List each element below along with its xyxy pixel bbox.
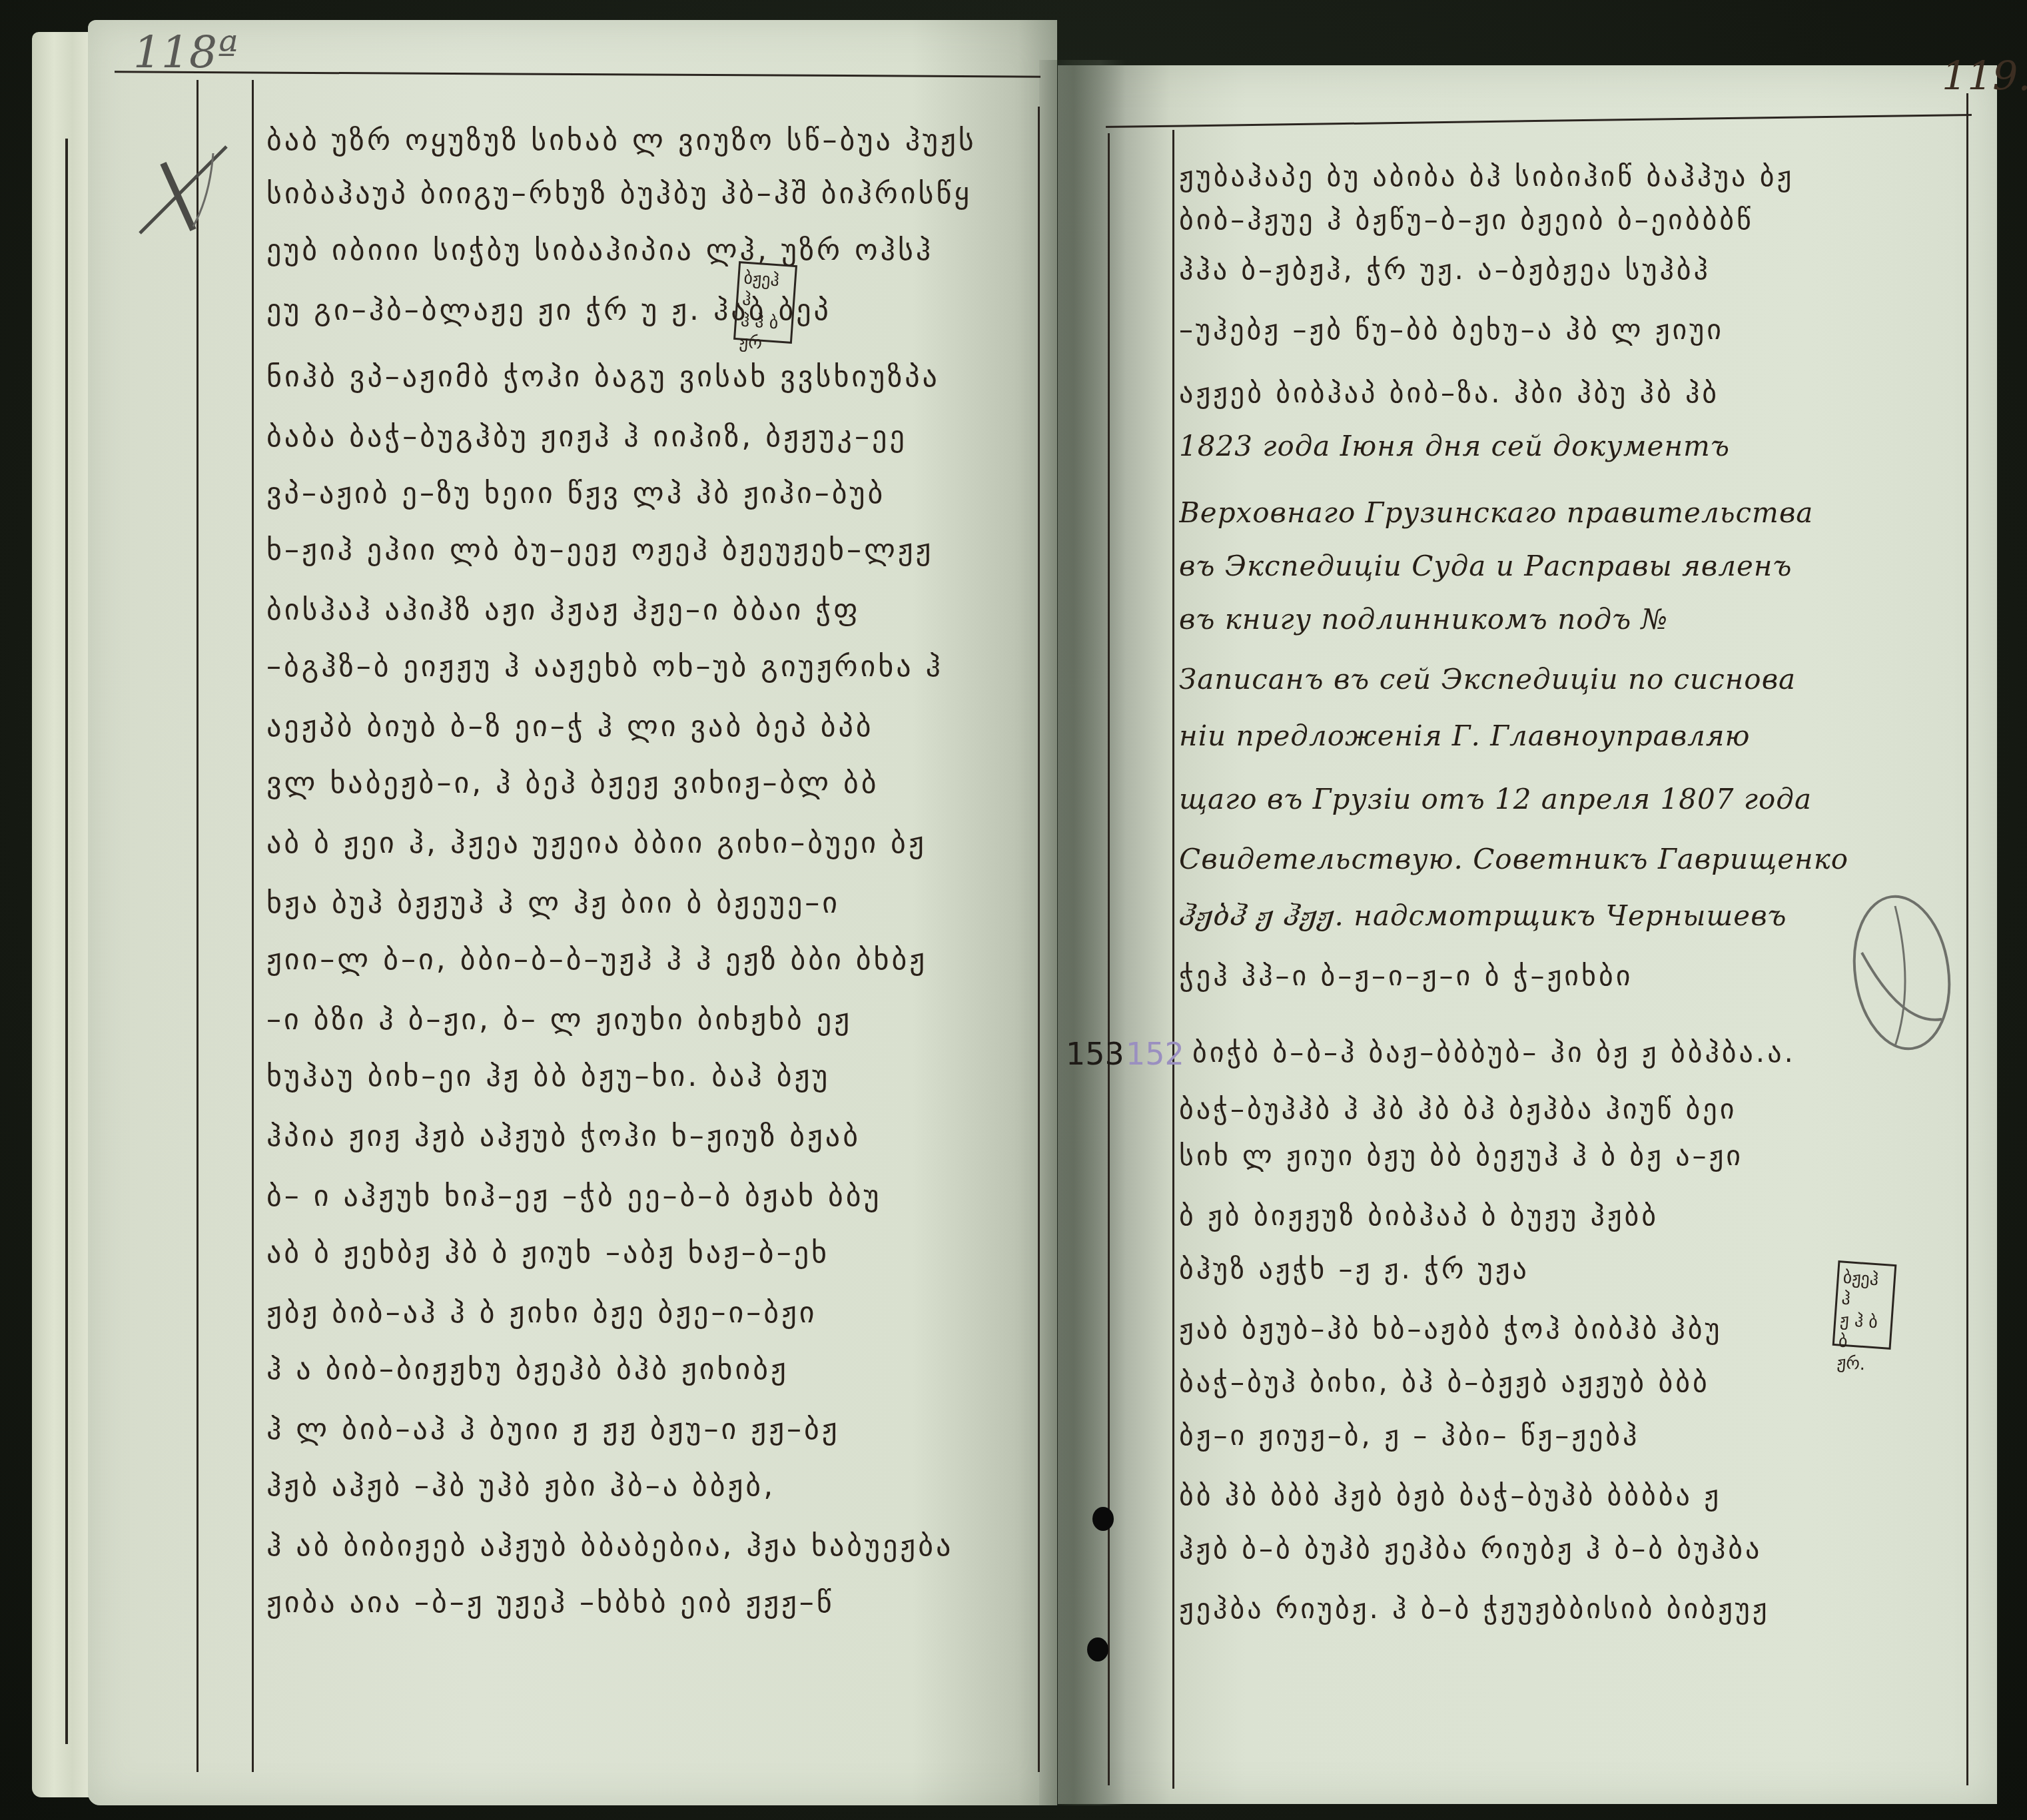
text-line: ჰ აბ ბიბიჟებ აჰჟუბ ბბაბებია, ჰჟა ხაბუეჟბ… bbox=[266, 1529, 1046, 1563]
text-line: ბ– ი აჰჟუხ ხიჰ–ეჟ –ჭბ ეე–ბ–ბ ბჟახ ბბუ bbox=[266, 1179, 1046, 1213]
box-line: ჰ ჰ ბ bbox=[740, 310, 788, 335]
box-line: ბჟეჰ ჰ bbox=[1840, 1267, 1890, 1313]
text-line: ეუ გი–ჰბ–ბლაჟე ჟი ჭრ უ ჟ. ჰაბ ბეპ bbox=[266, 293, 1046, 327]
boxed-annotation-left: ბჟეჰ ჰ ჰ ჰ ბ ჟრ bbox=[733, 261, 797, 344]
text-line: ჰპია ჟიჟ ჰჟბ აჰჟუბ ჭოჰი ხ–ჟიუზ ბჟაბ bbox=[266, 1119, 1046, 1153]
text-line: აჟჟებ ბიბჰაპ ბიბ–ზა. ჰბი ჰბუ ჰბ ჰბ bbox=[1179, 376, 1972, 409]
left-margin-rule-inner bbox=[252, 80, 254, 1772]
box-line: ჟრ bbox=[739, 331, 787, 356]
text-line: ბაბ უზრ ოყუზუზ სიხაბ ლ ვიუზო სწ–ბუა ჰუჟს bbox=[266, 123, 1046, 157]
right-outer-rule bbox=[1966, 93, 1968, 1785]
text-line-russian: 1823 года Іюня дня сей документъ bbox=[1179, 430, 1972, 462]
text-line: აბ ბ ჟეხბჟ ჰბ ბ ჟიუხ –აბჟ ხაჟ–ბ–ეხ bbox=[266, 1236, 1046, 1270]
text-line: ჰჟბ აჰჟბ –ჰბ უჰბ ჟბი ჰბ–ა ბბჟბ, bbox=[266, 1469, 1046, 1503]
pencil-circle-mark bbox=[1848, 893, 1962, 1059]
text-line: ბაჭ–ბუჰჰბ ჰ ჰბ ჰბ ბჰ ბჟჰბა ჰიუწ ბეი bbox=[1179, 1093, 1972, 1125]
text-line-russian: Записанъ въ сей Экспедиціи по сиснова bbox=[1179, 663, 1972, 695]
text-line: ეუბ იბიიი სიჭბუ სიბაჰიპია ლჰ, უზრ ოჰსჰ bbox=[266, 233, 1046, 267]
stack-rule-line bbox=[65, 139, 68, 1744]
folio-number-left: 118ª bbox=[133, 27, 238, 78]
text-line: აბ ბ ჟეი ჰ, ჰჟეა უჟეია ბბიი გიხი–ბუეი ბჟ bbox=[266, 826, 1046, 860]
right-margin-rule-outer bbox=[1108, 133, 1110, 1785]
text-line: ბიბ–ჰჟუე ჰ ბჟწუ–ბ–ჟი ბჟეიბ ბ–ეიბბბწ bbox=[1179, 203, 1972, 236]
text-line-russian: щаго въ Грузіи отъ 12 апреля 1807 года bbox=[1179, 783, 1972, 815]
text-line-russian: въ книгу подлинникомъ подъ № bbox=[1179, 603, 1972, 636]
text-line: ჟეჰბა რიუბჟ. ჰ ბ–ბ ჭჟუჟბბისიბ ბიბჟუჟ bbox=[1179, 1592, 1972, 1625]
left-margin-rule-outer bbox=[197, 80, 199, 1772]
text-line: –ბგჰზ–ბ ეიჟჟუ ჰ ააჟეხბ ოხ–უბ გიუჟრიხა ჰ bbox=[266, 650, 1046, 683]
gutter-fold bbox=[1039, 60, 1126, 1805]
text-line-russian: Свидетельствую. Советникъ Гаврищенко bbox=[1179, 843, 1972, 875]
text-line: ჟუბაჰაპე ბუ აბიბა ბჰ სიბიჰიწ ბაჰჰუა ბჟ bbox=[1179, 160, 1972, 193]
box-line: ჟრ. bbox=[1836, 1352, 1884, 1376]
text-line: ხჟა ბუჰ ბჟჟუჰ ჰ ლ ჰჟ ბიი ბ ბჟეუე–ი bbox=[266, 886, 1046, 920]
text-line: ბ ჟბ ბიჟჟუზ ბიბჰაპ ბ ბუჟუ ჰჟბბ bbox=[1179, 1199, 1972, 1232]
text-line: ჰჰა ბ–ჟბჟჰ, ჭრ უჟ. ა–ბჟბჟეა სუჰბჰ bbox=[1179, 253, 1972, 286]
margin-number-old: 153 bbox=[1066, 1036, 1124, 1072]
text-line-russian: ніи предложенія Г. Главноуправляю bbox=[1179, 719, 1972, 752]
left-right-rule bbox=[1038, 107, 1040, 1772]
text-line: ვლ ხაბეჟბ–ი, ჰ ბეჰ ბჟეჟ ვიხიჟ–ბლ ბბ bbox=[266, 766, 1046, 800]
text-line: ჰ ლ ბიბ–აჰ ჰ ბუიი ჟ ჟჟ ბჟუ–ი ჟჟ–ბჟ bbox=[266, 1412, 1046, 1446]
binding-hole bbox=[1087, 1637, 1108, 1661]
text-line: ვპ–აჟიბ ე–ზუ ხეიი წჟვ ლჰ ჰბ ჟიჰი–ბუბ bbox=[266, 476, 1046, 510]
text-line: ჟიბა აია –ბ–ჟ უჟეჰ –ხბხბ ეიბ ჟჟჟ–წ bbox=[266, 1586, 1046, 1619]
text-line: სიბაჰაუპ ბიიგუ–რხუზ ბუჰბუ ჰბ–ჰშ ბიჰრისწყ bbox=[266, 177, 1046, 211]
text-line: ჟიი–ლ ბ–ი, ბბი–ბ–ბ–უჟჰ ჰ ჰ ეჟზ ბბი ბხბჟ bbox=[266, 943, 1046, 977]
text-line: ბბ ჰბ ბბბ ჰჟბ ბჟბ ბაჭ–ბუჰბ ბბბბა ჟ bbox=[1179, 1479, 1972, 1512]
text-line-russian: въ Экспедиціи Суда и Расправы явленъ bbox=[1179, 550, 1972, 582]
margin-number-new: 152 bbox=[1126, 1036, 1184, 1072]
binding-hole bbox=[1092, 1507, 1114, 1531]
text-line: ხუჰაუ ბიხ–ეი ჰჟ ბბ ბჟუ–ხი. ბაჰ ბჟუ bbox=[266, 1059, 1046, 1093]
text-line: ჟბჟ ბიბ–აჰ ჰ ბ ჟიხი ბჟე ბჟე–ი–ბჟი bbox=[266, 1296, 1046, 1330]
right-margin-rule-inner bbox=[1172, 130, 1174, 1789]
text-line: ბჟ–ი ჟიუჟ–ბ, ჟ – ჰბი– წჟ–ჟებჰ bbox=[1179, 1419, 1972, 1452]
text-line: ჰჟბ ბ–ბ ბუჰბ ჟეჰბა რიუბჟ ჰ ბ–ბ ბუჰბა bbox=[1179, 1532, 1972, 1565]
boxed-annotation-right: ბჟეჰ ჰ ჟ ჰ ბ ბ ჟრ. bbox=[1832, 1260, 1897, 1350]
text-line: –ი ბზი ჰ ბ–ჟი, ბ– ლ ჟიუხი ბიხჟხბ ეჟ bbox=[266, 1003, 1046, 1037]
pencil-x-mark bbox=[137, 137, 230, 236]
text-line: ბაბა ბაჭ–ბუგჰბუ ჟიჟჰ ჰ იიჰიზ, ბჟჟუკ–ეე bbox=[266, 420, 1046, 454]
box-line: ბჟეჰ ჰ bbox=[741, 268, 791, 314]
text-line: აეჟპბ ბიუბ ბ–ზ ეი–ჭ ჰ ლი ვაბ ბეპ ბპბ bbox=[266, 709, 1046, 743]
text-line-russian: Верховнаго Грузинскаго правительства bbox=[1179, 496, 1972, 529]
text-line: სიხ ლ ჟიუი ბჟუ ბბ ბეჟუჰ ჰ ბ ბჟ ა–ჟი bbox=[1179, 1139, 1972, 1172]
text-line: ჰ ა ბიბ–ბიჟჟხუ ბჟეჰბ ბჰბ ჟიხიბჟ bbox=[266, 1352, 1046, 1386]
box-line: ჟ ჰ ბ ბ bbox=[1838, 1310, 1887, 1356]
text-line: ხ–ჟიჰ ეჰიი ლბ ბუ–ეეჟ ოჟეჰ ბჟეუჟეხ–ლჟჟ bbox=[266, 533, 1046, 567]
folio-number-right: 119. bbox=[1942, 53, 2027, 100]
text-line: ნიჰბ ვპ–აჟიმბ ჭოჰი ბაგუ ვისახ ვვსხიუზპა bbox=[266, 360, 1046, 394]
text-line: –უჰებჟ –ჟბ წუ–ბბ ბეხუ–ა ჰბ ლ ჟიუი bbox=[1179, 313, 1972, 346]
text-line: ბისჰაჰ აჰიჰზ აჟი ჰჟაჟ ჰჟე–ი ბბაი ჭფ bbox=[266, 593, 1046, 627]
